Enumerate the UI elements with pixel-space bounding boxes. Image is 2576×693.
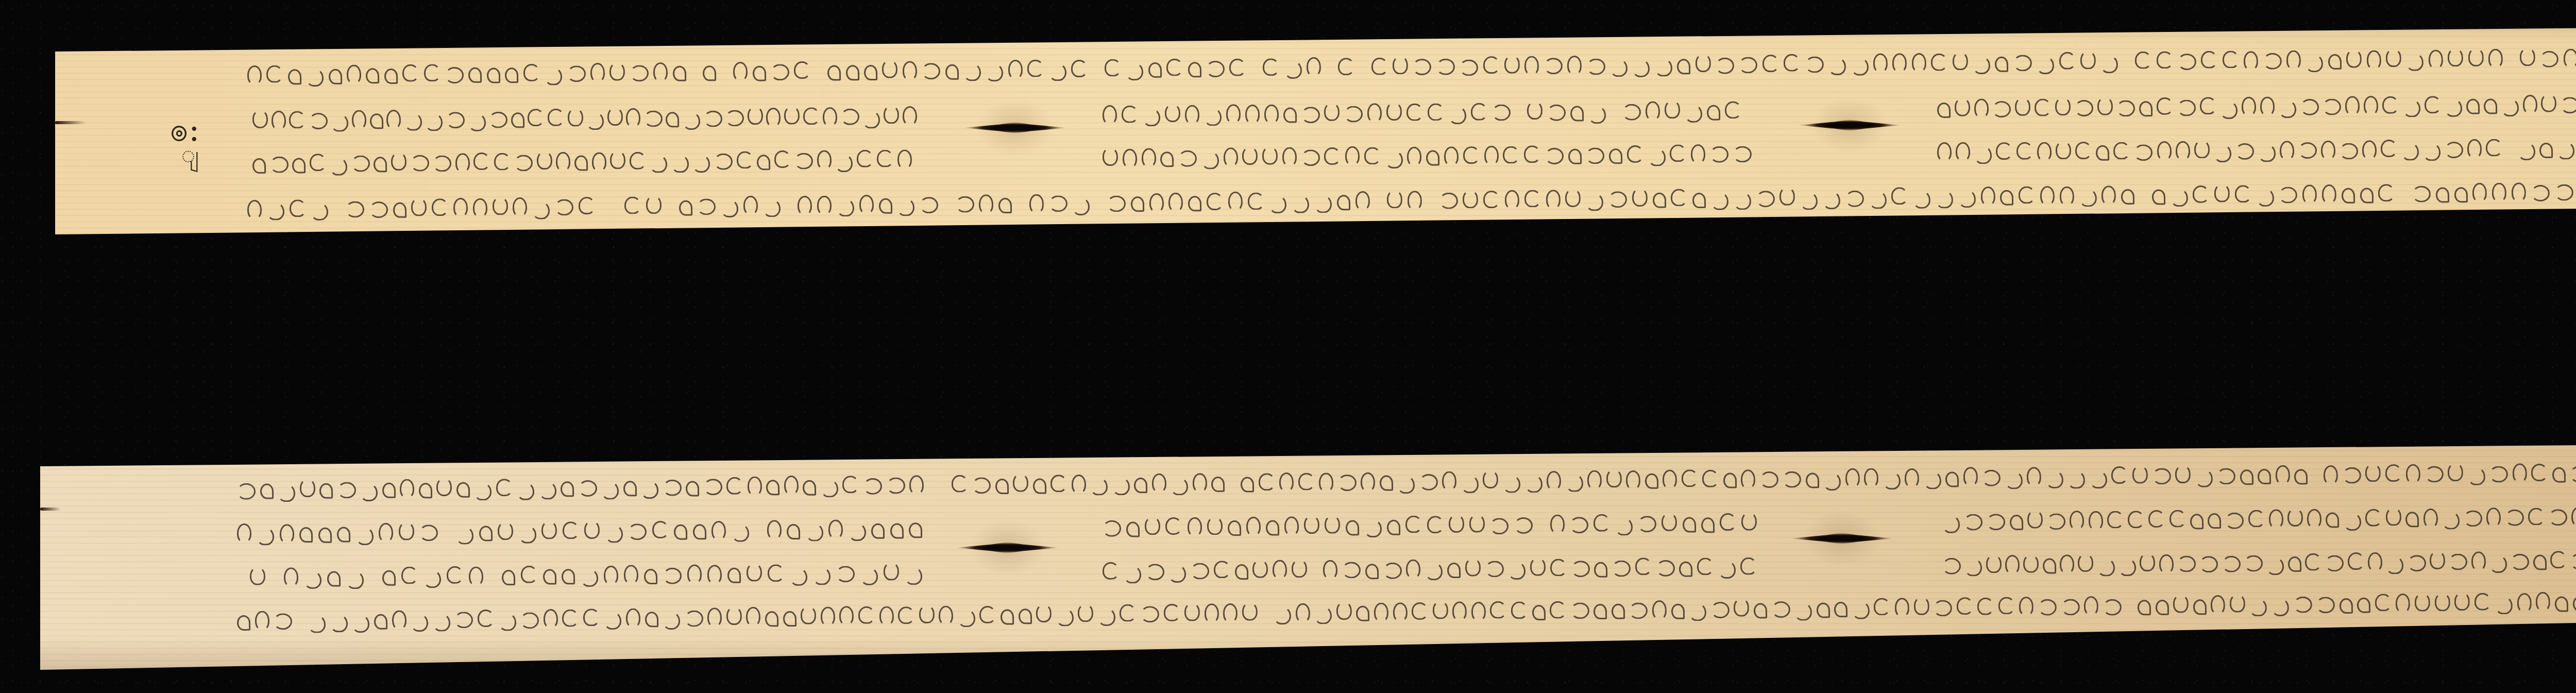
script-glyph bbox=[2148, 510, 2165, 528]
script-glyph bbox=[2128, 511, 2144, 528]
script-glyph bbox=[1524, 56, 1539, 76]
script-glyph bbox=[2294, 469, 2308, 484]
script-glyph bbox=[1105, 59, 1121, 77]
script-glyph bbox=[2511, 553, 2529, 570]
script-glyph bbox=[1252, 559, 1268, 578]
script-glyph bbox=[1586, 59, 1605, 75]
script-glyph bbox=[884, 105, 899, 124]
script-glyph bbox=[2040, 186, 2055, 206]
script-glyph bbox=[252, 158, 266, 174]
script-glyph bbox=[2229, 594, 2245, 612]
script-glyph bbox=[1655, 58, 1672, 77]
script-glyph bbox=[1284, 60, 1301, 79]
script-glyph bbox=[271, 111, 285, 130]
script-glyph bbox=[1895, 598, 1909, 617]
script-glyph bbox=[1426, 150, 1439, 166]
script-glyph bbox=[626, 608, 640, 628]
script-glyph bbox=[1241, 477, 1254, 493]
script-glyph bbox=[2448, 48, 2463, 66]
script-glyph bbox=[803, 480, 816, 496]
manuscript-text-line bbox=[1103, 508, 1757, 543]
script-glyph bbox=[1269, 195, 1286, 213]
script-glyph bbox=[2557, 141, 2574, 159]
script-glyph bbox=[2067, 470, 2085, 489]
script-glyph bbox=[2116, 100, 2135, 117]
script-glyph bbox=[1702, 470, 1719, 487]
script-glyph bbox=[1449, 514, 1464, 533]
script-glyph bbox=[1594, 514, 1610, 531]
script-glyph bbox=[663, 480, 682, 496]
script-glyph bbox=[1345, 520, 1359, 535]
script-glyph bbox=[1734, 598, 1749, 616]
script-glyph bbox=[1307, 57, 1321, 77]
script-glyph bbox=[496, 479, 513, 496]
script-glyph bbox=[674, 525, 687, 540]
script-glyph bbox=[1530, 557, 1546, 576]
script-glyph bbox=[1958, 189, 1976, 208]
manuscript-text-line bbox=[237, 514, 922, 550]
script-glyph bbox=[1942, 514, 1960, 533]
script-glyph bbox=[2084, 596, 2098, 616]
script-glyph bbox=[1090, 477, 1108, 496]
script-glyph bbox=[2170, 188, 2188, 207]
script-glyph bbox=[1828, 57, 1846, 75]
script-glyph bbox=[374, 614, 387, 629]
script-glyph bbox=[260, 484, 273, 499]
script-glyph bbox=[2396, 594, 2410, 613]
script-glyph bbox=[2275, 465, 2290, 485]
script-glyph bbox=[1805, 57, 1823, 73]
script-glyph bbox=[1148, 62, 1162, 78]
script-glyph bbox=[513, 197, 527, 217]
script-glyph bbox=[1701, 517, 1715, 533]
script-glyph bbox=[794, 61, 810, 79]
script-glyph bbox=[714, 154, 733, 170]
script-glyph bbox=[360, 483, 378, 501]
script-glyph bbox=[2518, 142, 2535, 160]
script-glyph bbox=[382, 483, 396, 498]
script-glyph bbox=[1050, 475, 1067, 492]
script-glyph bbox=[2406, 464, 2420, 484]
script-glyph bbox=[748, 106, 763, 125]
script-glyph bbox=[1648, 148, 1666, 166]
script-glyph bbox=[1141, 148, 1156, 167]
script-glyph bbox=[425, 113, 443, 131]
script-glyph bbox=[1685, 104, 1702, 122]
script-glyph bbox=[679, 200, 692, 216]
script-glyph bbox=[2208, 513, 2221, 529]
script-glyph bbox=[1913, 190, 1930, 209]
script-glyph bbox=[2193, 185, 2209, 203]
script-glyph bbox=[1029, 194, 1044, 214]
script-glyph bbox=[1387, 519, 1400, 535]
script-glyph bbox=[1550, 559, 1567, 576]
script-glyph bbox=[2454, 187, 2467, 202]
script-glyph bbox=[2225, 512, 2244, 529]
script-glyph bbox=[468, 67, 482, 83]
script-glyph bbox=[986, 63, 1003, 81]
script-glyph bbox=[2035, 99, 2051, 116]
script-glyph bbox=[2047, 513, 2065, 530]
script-glyph bbox=[237, 523, 251, 543]
script-glyph bbox=[731, 523, 749, 542]
script-glyph bbox=[2175, 141, 2190, 161]
script-glyph bbox=[1724, 101, 1741, 119]
script-glyph bbox=[2280, 141, 2294, 160]
script-glyph bbox=[683, 111, 700, 130]
script-glyph bbox=[319, 483, 333, 499]
script-glyph bbox=[1547, 471, 1561, 491]
script-glyph bbox=[801, 605, 816, 624]
script-glyph bbox=[2347, 552, 2364, 570]
script-glyph bbox=[2286, 50, 2301, 70]
script-glyph bbox=[352, 614, 369, 633]
script-glyph bbox=[1112, 477, 1130, 495]
script-glyph bbox=[1284, 516, 1299, 536]
script-glyph bbox=[848, 522, 866, 541]
script-glyph bbox=[2194, 140, 2209, 158]
script-glyph bbox=[2080, 51, 2096, 70]
manuscript-text-line bbox=[1103, 551, 1757, 587]
script-glyph bbox=[2173, 594, 2189, 613]
script-glyph bbox=[666, 112, 679, 127]
script-glyph bbox=[347, 65, 361, 84]
script-glyph bbox=[318, 528, 332, 543]
script-glyph bbox=[767, 520, 781, 539]
script-glyph bbox=[1992, 101, 2011, 117]
script-glyph bbox=[882, 60, 897, 78]
script-glyph bbox=[2302, 184, 2317, 204]
script-glyph bbox=[979, 194, 993, 214]
script-glyph bbox=[1571, 561, 1589, 577]
script-glyph bbox=[707, 565, 722, 584]
script-glyph bbox=[2096, 145, 2109, 161]
script-glyph bbox=[2157, 97, 2173, 115]
script-glyph bbox=[2531, 185, 2550, 201]
script-glyph bbox=[697, 198, 716, 215]
script-glyph bbox=[2324, 465, 2338, 485]
script-glyph bbox=[1695, 54, 1710, 72]
script-glyph bbox=[2199, 556, 2218, 572]
script-glyph bbox=[1711, 192, 1728, 210]
script-glyph bbox=[2199, 97, 2216, 114]
script-glyph bbox=[685, 610, 703, 627]
script-glyph bbox=[567, 65, 585, 82]
script-glyph bbox=[704, 479, 722, 495]
script-glyph bbox=[1374, 602, 1388, 622]
script-glyph bbox=[289, 199, 306, 217]
script-glyph bbox=[972, 477, 991, 494]
script-glyph bbox=[2038, 599, 2057, 615]
script-glyph bbox=[2152, 468, 2171, 484]
script-glyph bbox=[1873, 54, 1888, 73]
script-glyph bbox=[2323, 99, 2341, 115]
script-glyph bbox=[2434, 593, 2450, 611]
script-glyph bbox=[2365, 463, 2381, 482]
script-glyph bbox=[411, 613, 428, 632]
script-glyph bbox=[671, 155, 689, 173]
script-glyph bbox=[2298, 142, 2317, 159]
script-glyph bbox=[1762, 55, 1779, 72]
script-glyph bbox=[255, 611, 269, 630]
script-glyph bbox=[2079, 189, 2096, 207]
script-glyph bbox=[1612, 560, 1631, 577]
script-glyph bbox=[1733, 146, 1752, 162]
script-glyph bbox=[2533, 554, 2546, 570]
script-glyph bbox=[2342, 188, 2355, 204]
script-glyph bbox=[607, 107, 623, 126]
script-glyph bbox=[1934, 600, 1952, 616]
script-glyph bbox=[828, 519, 843, 539]
script-glyph bbox=[733, 62, 748, 81]
script-glyph bbox=[2466, 99, 2480, 114]
script-glyph bbox=[327, 571, 341, 587]
script-glyph bbox=[1013, 474, 1028, 492]
script-glyph bbox=[2279, 99, 2296, 118]
script-glyph bbox=[803, 108, 819, 125]
script-glyph bbox=[711, 521, 726, 540]
script-glyph bbox=[1149, 193, 1163, 213]
script-glyph bbox=[1393, 602, 1407, 622]
script-glyph bbox=[1586, 193, 1603, 211]
script-glyph bbox=[299, 479, 315, 497]
script-glyph bbox=[274, 613, 292, 630]
script-glyph bbox=[2272, 598, 2289, 616]
script-glyph bbox=[1131, 196, 1144, 212]
script-glyph bbox=[1371, 58, 1387, 75]
script-glyph bbox=[1892, 53, 1907, 73]
script-glyph bbox=[817, 196, 832, 215]
script-glyph bbox=[2027, 467, 2041, 486]
script-glyph bbox=[1226, 104, 1241, 124]
script-glyph bbox=[2513, 463, 2527, 483]
script-glyph bbox=[1547, 104, 1566, 121]
script-glyph bbox=[2386, 48, 2401, 67]
script-glyph bbox=[382, 570, 396, 586]
script-glyph bbox=[1049, 62, 1066, 81]
script-glyph bbox=[1800, 192, 1818, 210]
script-glyph bbox=[905, 566, 922, 585]
script-glyph bbox=[771, 64, 789, 80]
script-glyph bbox=[237, 483, 256, 500]
script-glyph bbox=[1187, 517, 1201, 536]
script-glyph bbox=[1754, 603, 1767, 618]
script-glyph bbox=[757, 155, 770, 170]
script-glyph bbox=[1191, 563, 1209, 579]
script-glyph bbox=[979, 606, 996, 623]
script-glyph bbox=[520, 566, 537, 583]
script-glyph bbox=[837, 198, 854, 216]
script-glyph bbox=[1344, 106, 1363, 122]
script-glyph bbox=[511, 113, 524, 128]
script-glyph bbox=[1325, 515, 1340, 533]
script-glyph bbox=[1780, 187, 1795, 206]
script-glyph bbox=[1956, 597, 1973, 615]
script-glyph bbox=[584, 520, 600, 539]
script-glyph bbox=[1168, 564, 1186, 583]
script-glyph bbox=[707, 607, 722, 627]
script-glyph bbox=[574, 156, 588, 171]
script-glyph bbox=[453, 198, 468, 217]
script-glyph bbox=[1996, 142, 2012, 160]
script-glyph bbox=[2244, 51, 2258, 71]
script-glyph bbox=[1452, 601, 1467, 621]
script-glyph bbox=[2107, 511, 2124, 528]
script-glyph bbox=[1206, 61, 1225, 77]
script-glyph bbox=[862, 110, 880, 129]
script-glyph bbox=[1652, 193, 1666, 208]
script-glyph bbox=[2097, 97, 2112, 115]
script-glyph bbox=[1071, 475, 1086, 494]
script-glyph bbox=[766, 480, 779, 495]
script-glyph bbox=[1460, 59, 1478, 76]
script-glyph bbox=[765, 611, 778, 627]
script-glyph bbox=[857, 150, 873, 167]
script-glyph bbox=[945, 64, 958, 80]
script-glyph bbox=[1544, 58, 1563, 74]
script-glyph bbox=[1342, 562, 1361, 578]
script-glyph bbox=[411, 198, 427, 216]
script-glyph bbox=[289, 111, 306, 129]
script-glyph bbox=[1072, 197, 1090, 215]
script-glyph bbox=[2177, 555, 2196, 572]
script-glyph bbox=[1103, 520, 1121, 536]
script-glyph bbox=[1141, 606, 1159, 622]
script-glyph bbox=[1771, 601, 1790, 618]
script-glyph bbox=[1168, 193, 1183, 212]
script-glyph bbox=[2321, 141, 2335, 160]
script-glyph bbox=[2449, 553, 2467, 570]
script-glyph bbox=[1622, 104, 1641, 120]
script-glyph bbox=[1973, 56, 1990, 74]
script-glyph bbox=[1612, 603, 1625, 619]
script-glyph bbox=[532, 201, 550, 219]
script-glyph bbox=[456, 482, 470, 498]
script-glyph bbox=[725, 110, 744, 127]
script-glyph bbox=[736, 151, 753, 169]
script-glyph bbox=[2522, 95, 2537, 114]
script-glyph bbox=[1185, 105, 1199, 124]
script-glyph bbox=[284, 567, 298, 587]
script-glyph bbox=[2135, 52, 2151, 69]
script-glyph bbox=[1627, 145, 1643, 163]
script-glyph bbox=[2555, 596, 2568, 612]
script-glyph bbox=[1364, 519, 1382, 537]
script-glyph bbox=[1407, 147, 1421, 166]
script-glyph bbox=[543, 569, 556, 585]
script-glyph bbox=[2090, 470, 2107, 488]
script-glyph bbox=[2322, 184, 2336, 204]
script-glyph bbox=[2070, 511, 2084, 530]
script-glyph bbox=[528, 109, 544, 126]
script-glyph bbox=[1490, 601, 1506, 618]
script-glyph bbox=[2561, 97, 2576, 113]
script-glyph bbox=[604, 611, 621, 630]
script-glyph bbox=[2307, 509, 2321, 528]
script-glyph bbox=[798, 196, 812, 215]
script-glyph bbox=[1461, 475, 1479, 493]
script-glyph bbox=[1588, 105, 1606, 124]
script-glyph bbox=[871, 523, 885, 539]
script-glyph bbox=[310, 154, 326, 171]
script-glyph bbox=[1490, 518, 1509, 534]
script-glyph bbox=[2342, 467, 2361, 484]
script-glyph bbox=[1469, 514, 1485, 532]
script-glyph bbox=[686, 481, 699, 497]
script-glyph bbox=[1295, 603, 1310, 622]
script-glyph bbox=[2100, 55, 2118, 73]
script-glyph bbox=[763, 199, 781, 217]
script-glyph bbox=[922, 63, 940, 79]
script-glyph bbox=[2248, 510, 2264, 527]
script-glyph bbox=[2249, 598, 2267, 616]
script-glyph bbox=[1367, 103, 1382, 123]
script-glyph bbox=[2528, 508, 2545, 525]
script-glyph bbox=[1274, 606, 1291, 624]
script-glyph bbox=[2155, 600, 2168, 615]
script-glyph bbox=[1720, 513, 1736, 531]
script-glyph bbox=[304, 570, 321, 589]
script-glyph bbox=[1471, 602, 1486, 621]
script-glyph bbox=[2489, 466, 2508, 483]
script-glyph bbox=[1018, 609, 1031, 624]
script-glyph bbox=[2328, 54, 2342, 70]
script-glyph bbox=[517, 482, 534, 500]
script-glyph bbox=[1739, 57, 1757, 73]
script-glyph bbox=[423, 64, 440, 81]
script-glyph bbox=[1692, 193, 1706, 208]
script-glyph bbox=[2345, 96, 2360, 115]
script-glyph bbox=[1514, 517, 1532, 534]
script-glyph bbox=[1425, 562, 1443, 580]
manuscript-text-line bbox=[1103, 95, 1741, 131]
script-glyph bbox=[1608, 191, 1627, 208]
script-glyph bbox=[2488, 49, 2503, 69]
script-glyph bbox=[693, 524, 706, 539]
script-glyph bbox=[1124, 565, 1141, 583]
script-glyph bbox=[1145, 516, 1160, 535]
script-glyph bbox=[379, 523, 393, 543]
script-glyph bbox=[2468, 48, 2483, 66]
manuscript-text-line bbox=[1942, 545, 2576, 581]
script-glyph bbox=[2102, 185, 2116, 205]
script-glyph bbox=[2378, 184, 2395, 201]
script-glyph bbox=[2386, 555, 2403, 574]
script-glyph bbox=[2060, 554, 2074, 574]
script-glyph bbox=[309, 113, 328, 129]
script-glyph bbox=[2382, 96, 2399, 114]
script-glyph bbox=[1711, 602, 1730, 618]
script-glyph bbox=[1122, 105, 1138, 123]
script-glyph bbox=[492, 196, 507, 215]
script-glyph bbox=[817, 150, 832, 170]
script-glyph bbox=[841, 109, 859, 125]
script-glyph bbox=[1056, 607, 1074, 626]
script-glyph bbox=[703, 65, 716, 81]
script-glyph bbox=[1956, 142, 1970, 161]
script-glyph bbox=[2540, 51, 2558, 67]
script-glyph bbox=[2520, 47, 2535, 66]
script-glyph bbox=[1380, 476, 1393, 491]
script-glyph bbox=[886, 478, 905, 494]
script-glyph bbox=[1484, 146, 1498, 165]
script-glyph bbox=[1524, 190, 1541, 208]
script-glyph bbox=[252, 110, 268, 128]
script-glyph bbox=[1609, 148, 1622, 164]
script-glyph bbox=[280, 524, 294, 544]
script-glyph bbox=[2552, 467, 2566, 483]
script-glyph bbox=[1465, 557, 1481, 576]
